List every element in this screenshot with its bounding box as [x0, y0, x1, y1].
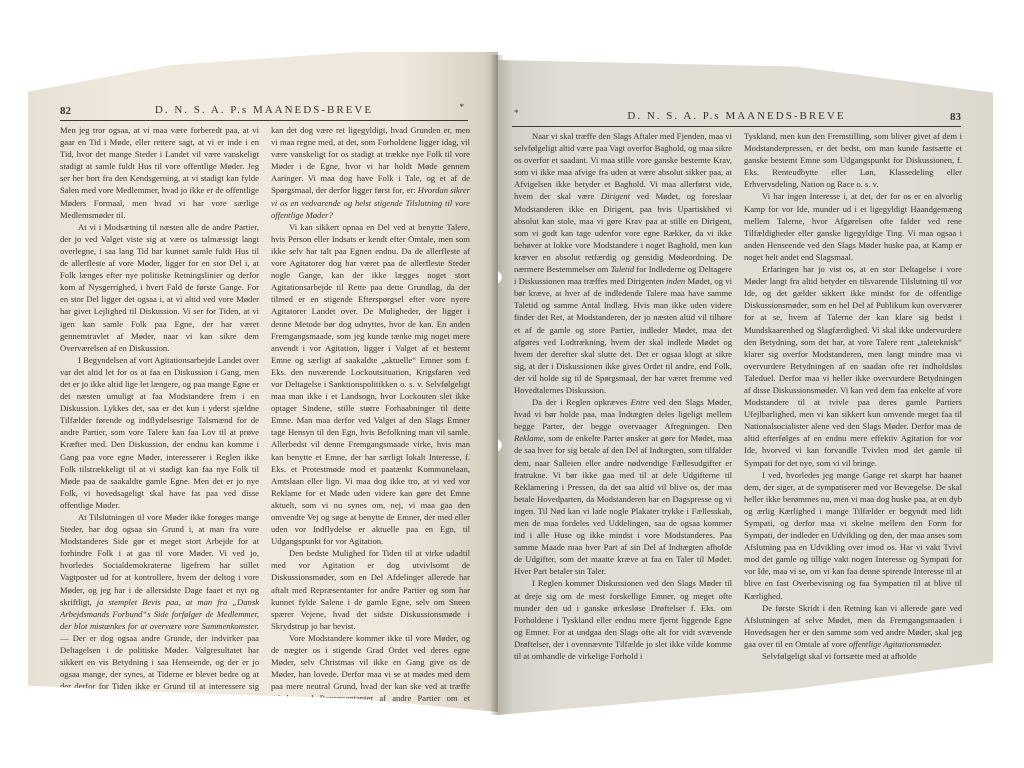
paragraph: De første Skridt i den Retning kan vi al…: [744, 602, 962, 650]
paragraph: Selvfølgeligt skal vi fortsætte med at a…: [744, 650, 962, 662]
ornament-star-icon: *: [460, 102, 467, 112]
left-column-1: Men jeg tror ogsaa, at vi maa være forbe…: [60, 124, 259, 717]
paragraph: Tyskland, men kun den Fremstilling, som …: [744, 130, 962, 190]
paragraph: I ved, hvorledes jeg mange Gange ret ska…: [744, 469, 962, 602]
left-page-columns: Men jeg tror ogsaa, at vi maa være forbe…: [60, 124, 470, 717]
running-title-right: D. N. S. A. P.s MAANEDS-BREVE: [512, 110, 961, 122]
paragraph: Vore Modstandere kommer ikke til vore Mø…: [271, 632, 470, 717]
paragraph: Vi har ingen Interesse i, at det, der fo…: [744, 190, 962, 263]
paragraph: At vi i Modsætning til næsten alle de an…: [60, 221, 259, 354]
paragraph: Da der i Reglen opkræves Entre ved den S…: [514, 396, 732, 577]
paragraph: At Tilslutningen til vore Møder ikke for…: [60, 511, 259, 705]
right-column-2: Tyskland, men kun den Fremstilling, som …: [744, 130, 962, 662]
right-page: * D. N. S. A. P.s MAANEDS-BREVE 83 Naar …: [498, 60, 993, 715]
left-column-2: kan det dog være ret ligegyldigt, hvad G…: [271, 124, 470, 717]
running-head-left: 82 D. N. S. A. P.s MAANEDS-BREVE *: [60, 98, 468, 121]
running-title-left: D. N. S. A. P.s MAANEDS-BREVE: [60, 104, 468, 116]
paragraph: Men jeg tror ogsaa, at vi maa være forbe…: [60, 124, 259, 221]
paragraph: Den bedste Mulighed for Tiden til at vir…: [271, 547, 470, 632]
paragraph: I Reglen kommer Diskussionen ved den Sla…: [514, 577, 732, 662]
right-page-columns: Naar vi skal træffe den Slags Aftaler me…: [514, 130, 962, 662]
paragraph: kan det dog være ret ligegyldigt, hvad G…: [271, 124, 470, 221]
paragraph: Naar vi skal træffe den Slags Aftaler me…: [514, 130, 732, 396]
running-head-right: * D. N. S. A. P.s MAANEDS-BREVE 83: [512, 104, 961, 127]
paragraph: Erfaringen har jo vist os, at en stor De…: [744, 263, 962, 469]
left-page: 82 D. N. S. A. P.s MAANEDS-BREVE * Men j…: [28, 52, 498, 712]
page-number-right: 83: [950, 111, 961, 123]
paragraph: I Begyndelsen af vort Agitationsarbejde …: [60, 354, 259, 511]
paragraph: Vi kan sikkert opnaa en Del ved at benyt…: [271, 221, 470, 548]
right-column-1: Naar vi skal træffe den Slags Aftaler me…: [514, 130, 732, 662]
